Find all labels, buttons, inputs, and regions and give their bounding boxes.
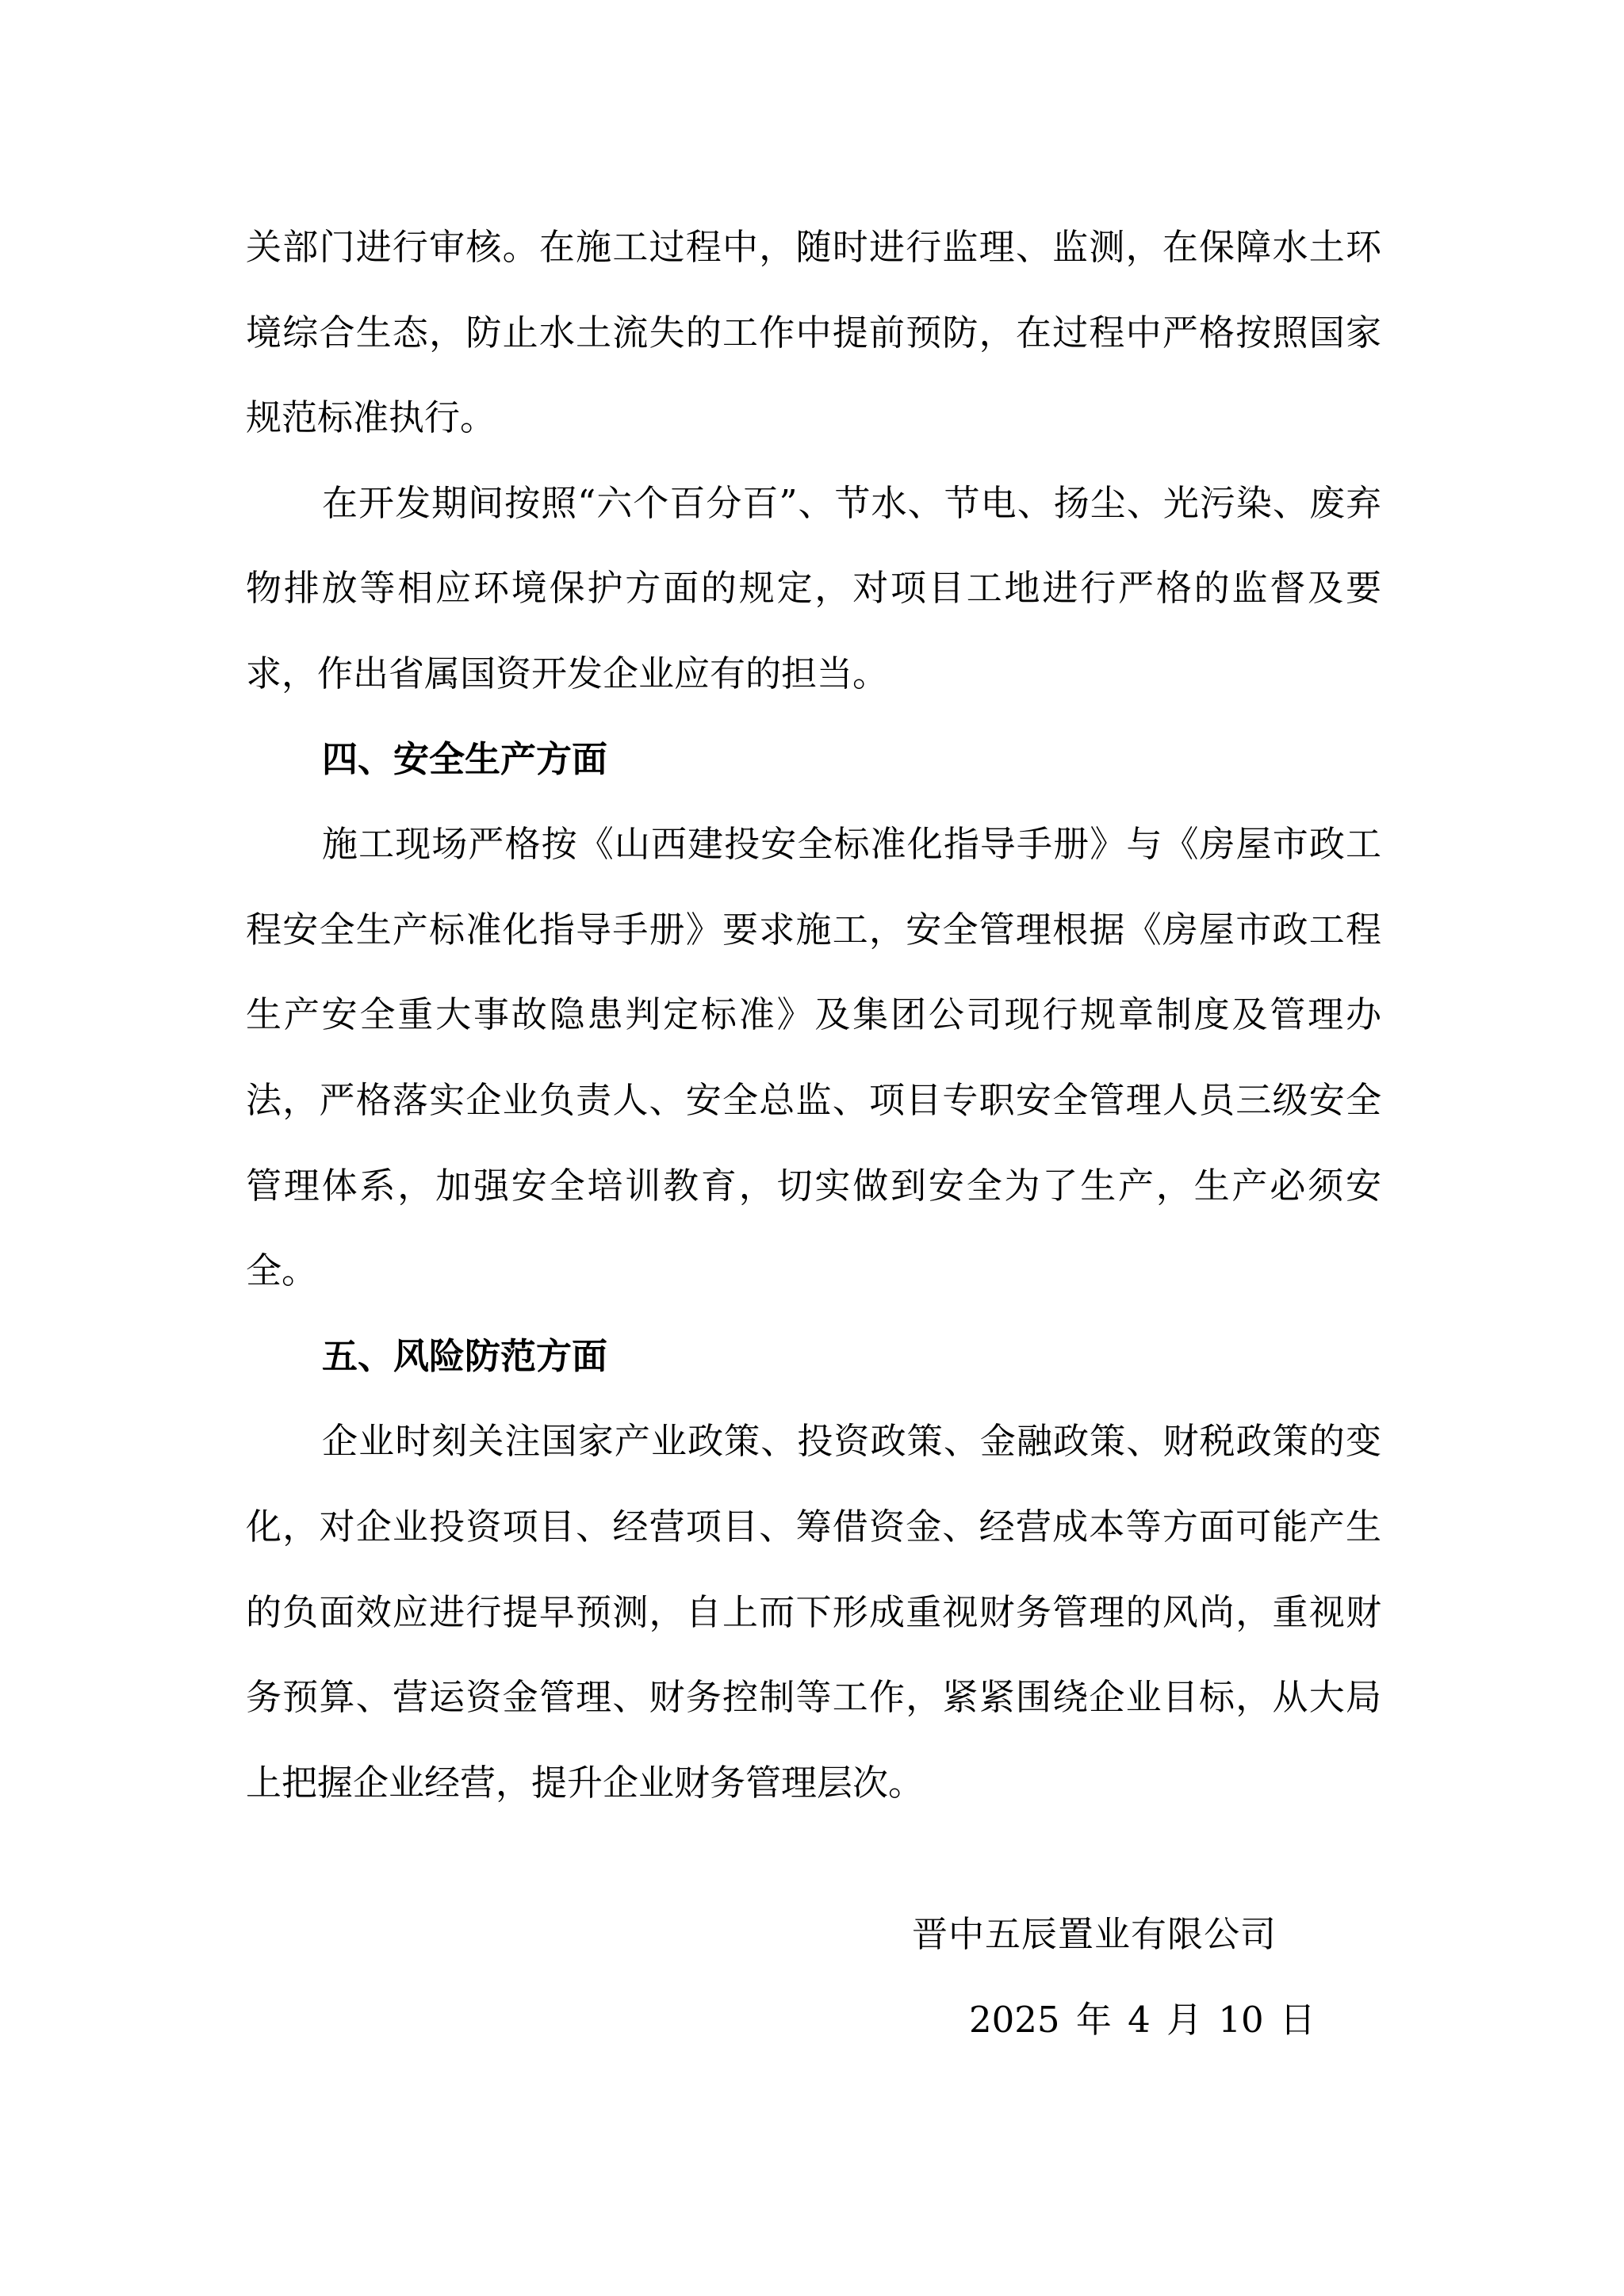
signature-company: 晋中五辰置业有限公司 bbox=[912, 1911, 1277, 1958]
document-body: 关部门进行审核。在施工过程中，随时进行监理、监测，在保障水土环境综合生态，防止水… bbox=[246, 205, 1381, 1825]
paragraph-safety: 施工现场严格按《山西建投安全标准化指导手册》与《房屋市政工程安全生产标准化指导手… bbox=[246, 802, 1381, 1314]
signature-date: 2025 年 4 月 10 日 bbox=[969, 1996, 1316, 2044]
paragraph-environmental: 在开发期间按照“六个百分百”、节水、节电、扬尘、光污染、废弃物排放等相应环境保护… bbox=[246, 461, 1381, 717]
paragraph-continuation: 关部门进行审核。在施工过程中，随时进行监理、监测，在保障水土环境综合生态，防止水… bbox=[246, 205, 1381, 461]
paragraph-risk: 企业时刻关注国家产业政策、投资政策、金融政策、财税政策的变化，对企业投资项目、经… bbox=[246, 1399, 1381, 1825]
section-heading-safety: 四、安全生产方面 bbox=[246, 717, 1381, 802]
section-heading-risk: 五、风险防范方面 bbox=[246, 1314, 1381, 1399]
document-page: 关部门进行审核。在施工过程中，随时进行监理、监测，在保障水土环境综合生态，防止水… bbox=[0, 0, 1624, 2296]
